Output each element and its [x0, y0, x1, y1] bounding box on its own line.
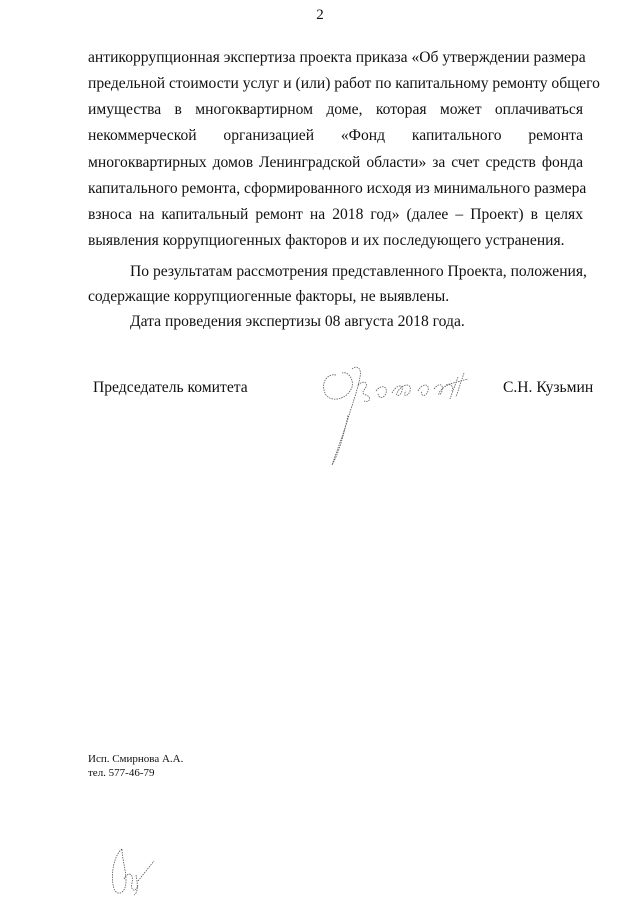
paragraph-line: предельной стоимости услуг и (или) работ… [88, 74, 583, 94]
signatory-name: С.Н. Кузьмин [503, 378, 593, 398]
page-number: 2 [0, 5, 640, 25]
paragraph-line: имущества в многоквартирном доме, котора… [88, 100, 583, 120]
signature-icon [318, 355, 503, 473]
executor-name: Исп. Смирнова А.А. [88, 752, 183, 766]
expertise-date: Дата проведения экспертизы 08 августа 20… [130, 312, 465, 332]
paragraph-line: содержащие коррупциогенные факторы, не в… [88, 287, 449, 307]
paragraph-line: многоквартирных домов Ленинградской обла… [88, 153, 583, 173]
paragraph-line: выявления коррупциогенных факторов и их … [88, 231, 565, 251]
signatory-title: Председатель комитета [93, 378, 248, 398]
paragraph-line: взноса на капитальный ремонт на 2018 год… [88, 205, 583, 225]
paragraph-line: По результатам рассмотрения представленн… [130, 262, 583, 282]
paragraph-line: некоммерческой организацией «Фонд капита… [88, 126, 583, 146]
paragraph-line: антикоррупционная экспертиза проекта при… [88, 48, 583, 68]
executor-phone: тел. 577-46-79 [88, 766, 155, 780]
paragraph-line: капитального ремонта, сформированного ис… [88, 179, 583, 199]
initials-signature-icon [108, 845, 158, 897]
